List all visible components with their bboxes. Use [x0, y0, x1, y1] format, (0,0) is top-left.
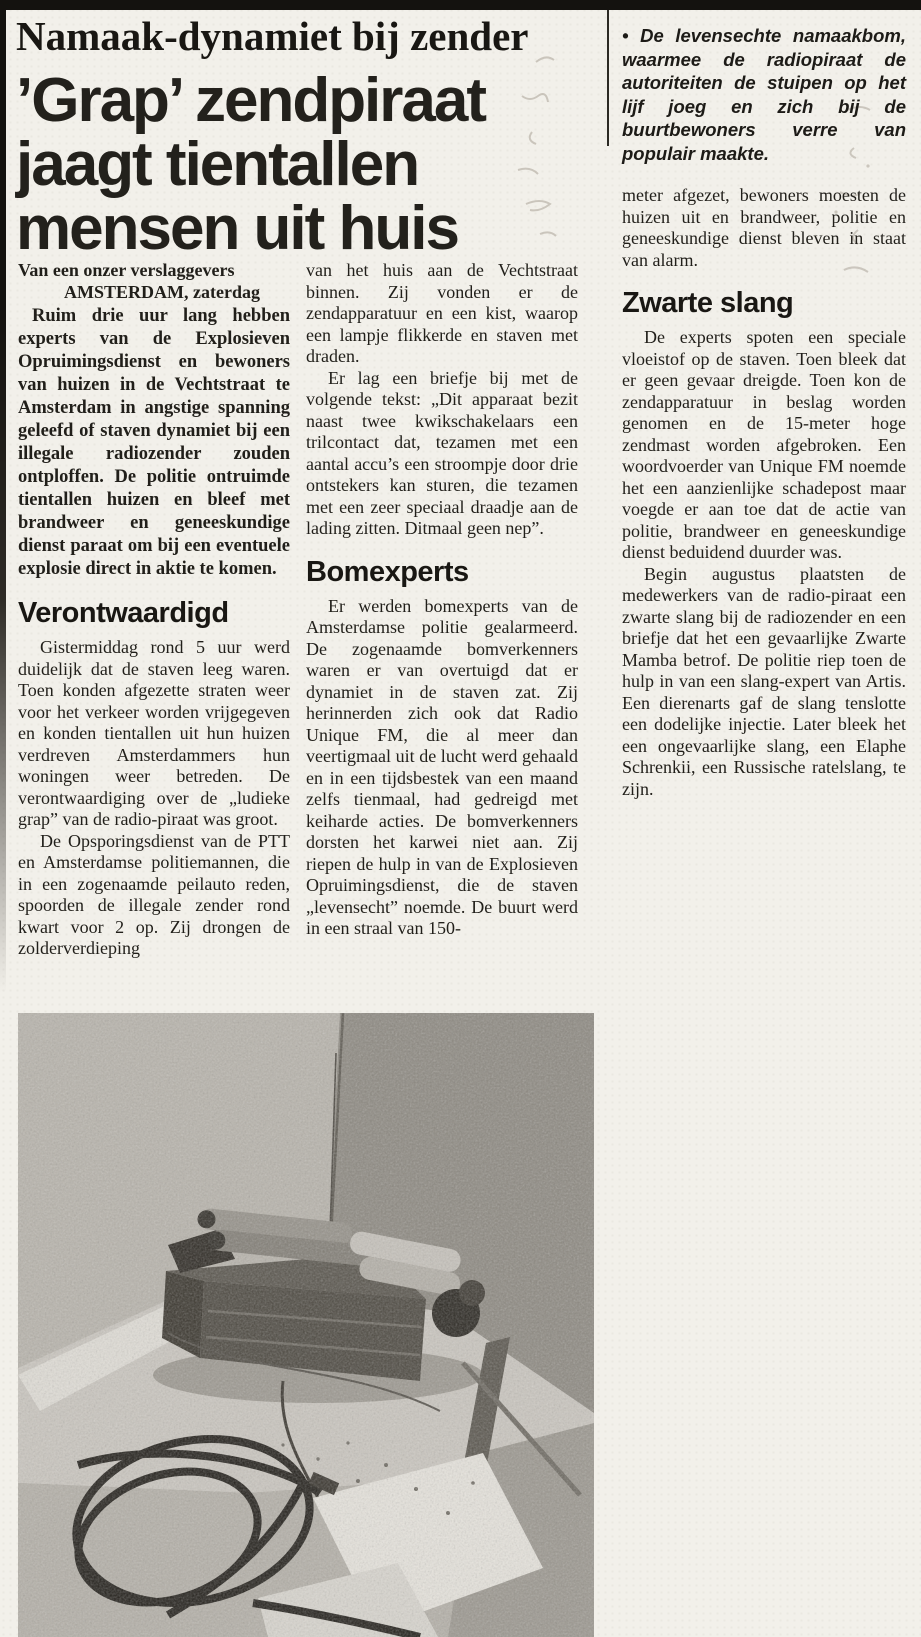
column-divider-rule: [607, 10, 609, 146]
headline-block: Namaak-dynamiet bij zender ’Grap’ zendpi…: [16, 14, 568, 261]
subhead-verontwaardigd: Verontwaardigd: [18, 598, 290, 628]
paragraph: De experts spoten een speciale vloeistof…: [622, 327, 906, 564]
paragraph: De Opsporingsdienst van de PTT en Amster…: [18, 831, 290, 960]
byline: Van een onzer verslaggevers: [18, 260, 290, 282]
body-column-2: van het huis aan de Vechtstraat binnen. …: [306, 260, 578, 940]
paragraph: Begin augustus plaatsten de medewerkers …: [622, 564, 906, 801]
top-rule: [0, 0, 921, 10]
subhead-bomexperts: Bomexperts: [306, 557, 578, 587]
photo-fake-bomb: [18, 1013, 594, 1637]
photo-caption: • De levensechte namaakbom, waarmee de r…: [622, 24, 906, 165]
body-column-1: Van een onzer verslaggevers AMSTERDAM, z…: [18, 260, 290, 960]
paragraph: meter afgezet, bewoners moesten de huize…: [622, 185, 906, 271]
main-headline: ’Grap’ zendpiraat jaagt tientallen mense…: [16, 69, 568, 261]
scan-artifact-marks: [502, 48, 564, 244]
paragraph: Er lag een briefje bij met de volgende t…: [306, 368, 578, 540]
photo-illustration: [18, 1013, 594, 1637]
left-rule: [0, 8, 6, 993]
paragraph: Gistermiddag rond 5 uur werd duidelijk d…: [18, 637, 290, 831]
dateline: AMSTERDAM, zaterdag: [64, 282, 290, 304]
body-column-3: • De levensechte namaakbom, waarmee de r…: [622, 24, 906, 800]
lead-paragraph: Ruim drie uur lang hebben experts van de…: [18, 305, 290, 581]
newspaper-clipping: Namaak-dynamiet bij zender ’Grap’ zendpi…: [0, 0, 921, 1637]
paragraph: Er werden bomexperts van de Amsterdamse …: [306, 596, 578, 940]
halftone-grain: [18, 1013, 594, 1637]
paragraph: van het huis aan de Vechtstraat binnen. …: [306, 260, 578, 368]
kicker: Namaak-dynamiet bij zender: [16, 14, 568, 59]
subhead-zwarte-slang: Zwarte slang: [622, 288, 906, 318]
